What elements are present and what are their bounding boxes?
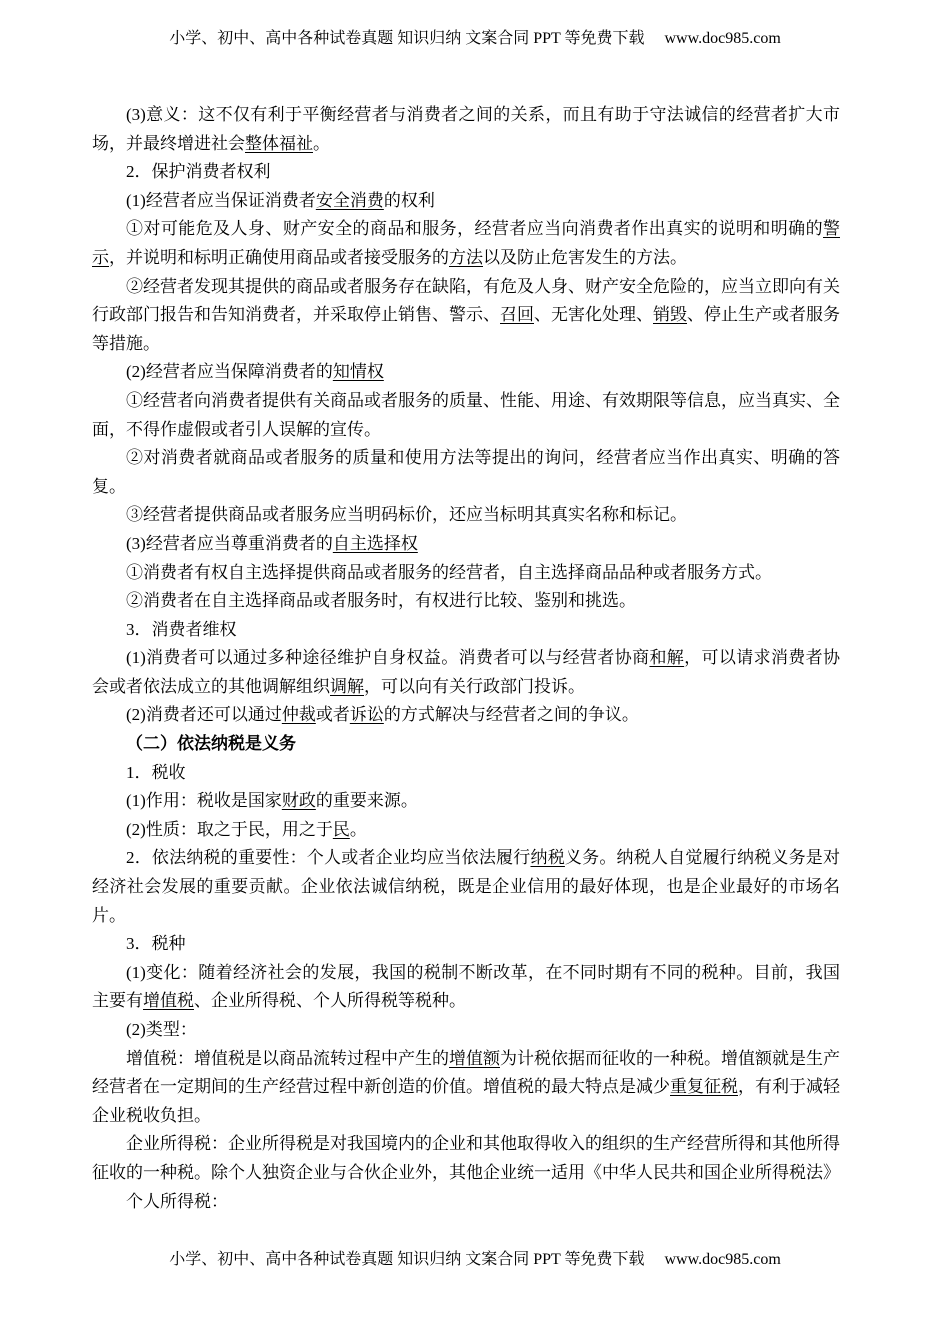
text-segment: 的方式解决与经营者之间的争议。 — [384, 705, 639, 724]
paragraph: (1)变化：随着经济社会的发展，我国的税制不断改革，在不同时期有不同的税种。目前… — [92, 959, 840, 1016]
text-segment: 的权利 — [384, 191, 435, 210]
paragraph: (1)作用：税收是国家财政的重要来源。 — [92, 787, 840, 816]
text-segment: 个人所得税： — [126, 1192, 228, 1211]
text-segment: (1)经营者应当保证消费者 — [126, 191, 316, 210]
paragraph: (1)经营者应当保证消费者安全消费的权利 — [92, 187, 840, 216]
text-segment: （二）依法纳税是义务 — [126, 734, 296, 753]
paragraph: 企业所得税：企业所得税是对我国境内的企业和其他取得收入的组织的生产经营所得和其他… — [92, 1130, 840, 1187]
underlined-term: 仲裁 — [282, 705, 316, 724]
underlined-term: 召回 — [500, 305, 534, 324]
document-body: (3)意义：这不仅有利于平衡经营者与消费者之间的关系，而且有助于守法诚信的经营者… — [92, 101, 840, 1216]
text-segment: (2)消费者还可以通过 — [126, 705, 282, 724]
paragraph: ②经营者发现其提供的商品或者服务存在缺陷，有危及人身、财产安全危险的，应当立即向… — [92, 273, 840, 359]
paragraph: 1．税收 — [92, 759, 840, 788]
paragraph: ①消费者有权自主选择提供商品或者服务的经营者，自主选择商品品种或者服务方式。 — [92, 559, 840, 588]
text-segment: 2．保护消费者权利 — [126, 162, 271, 181]
text-segment: 增值税：增值税是以商品流转过程中产生的 — [126, 1049, 449, 1068]
paragraph: (2)性质：取之于民，用之于民。 — [92, 816, 840, 845]
underlined-term: 民 — [333, 820, 350, 839]
paragraph: (3)经营者应当尊重消费者的自主选择权 — [92, 530, 840, 559]
text-segment: ②消费者在自主选择商品或者服务时，有权进行比较、鉴别和挑选。 — [126, 591, 636, 610]
text-segment: ，并说明和标明正确使用商品或者接受服务的 — [109, 248, 449, 267]
text-segment: 的重要来源。 — [316, 791, 418, 810]
text-segment: ①经营者向消费者提供有关商品或者服务的质量、性能、用途、有效期限等信息，应当真实… — [92, 391, 840, 439]
header-download-note: 小学、初中、高中各种试卷真题 知识归纳 文案合同 PPT 等免费下载 www.d… — [0, 28, 950, 50]
text-segment: (3)经营者应当尊重消费者的 — [126, 534, 333, 553]
section-heading: （二）依法纳税是义务 — [92, 730, 840, 759]
text-segment: (1)作用：税收是国家 — [126, 791, 282, 810]
paragraph: 增值税：增值税是以商品流转过程中产生的增值额为计税依据而征收的一种税。增值额就是… — [92, 1045, 840, 1131]
paragraph: ①经营者向消费者提供有关商品或者服务的质量、性能、用途、有效期限等信息，应当真实… — [92, 387, 840, 444]
underlined-term: 安全消费 — [316, 191, 384, 210]
text-segment: 3．税种 — [126, 934, 186, 953]
text-segment: 。 — [350, 820, 367, 839]
underlined-term: 整体福祉 — [245, 134, 313, 153]
paragraph: ②消费者在自主选择商品或者服务时，有权进行比较、鉴别和挑选。 — [92, 587, 840, 616]
underlined-term: 增值额 — [449, 1049, 500, 1068]
paragraph: 3．税种 — [92, 930, 840, 959]
text-segment: ，可以向有关行政部门投诉。 — [364, 677, 585, 696]
underlined-term: 重复征税 — [670, 1077, 738, 1096]
text-segment: 3．消费者维权 — [126, 620, 237, 639]
text-segment: (3)意义：这不仅有利于平衡经营者与消费者之间的关系，而且有助于守法诚信的经营者… — [92, 105, 840, 153]
paragraph: (3)意义：这不仅有利于平衡经营者与消费者之间的关系，而且有助于守法诚信的经营者… — [92, 101, 840, 158]
text-segment: ①消费者有权自主选择提供商品或者服务的经营者，自主选择商品品种或者服务方式。 — [126, 563, 772, 582]
text-segment: 1．税收 — [126, 763, 186, 782]
text-segment: (2)性质：取之于民，用之于 — [126, 820, 333, 839]
underlined-term: 知情权 — [333, 362, 384, 381]
paragraph: 3．消费者维权 — [92, 616, 840, 645]
underlined-term: 销毁 — [653, 305, 687, 324]
text-segment: 、企业所得税、个人所得税等税种。 — [194, 991, 466, 1010]
underlined-term: 调解 — [330, 677, 364, 696]
text-segment: (2)经营者应当保障消费者的 — [126, 362, 333, 381]
paragraph: ①对可能危及人身、财产安全的商品和服务，经营者应当向消费者作出真实的说明和明确的… — [92, 215, 840, 272]
paragraph: (2)经营者应当保障消费者的知情权 — [92, 358, 840, 387]
paragraph: 个人所得税： — [92, 1188, 840, 1217]
paragraph: 2．依法纳税的重要性：个人或者企业均应当依法履行纳税义务。纳税人自觉履行纳税义务… — [92, 844, 840, 930]
paragraph: ②对消费者就商品或者服务的质量和使用方法等提出的询问，经营者应当作出真实、明确的… — [92, 444, 840, 501]
underlined-term: 增值税 — [143, 991, 194, 1010]
text-segment: ①对可能危及人身、财产安全的商品和服务，经营者应当向消费者作出真实的说明和明确的 — [126, 219, 823, 238]
text-segment: ②对消费者就商品或者服务的质量和使用方法等提出的询问，经营者应当作出真实、明确的… — [92, 448, 840, 496]
paragraph: ③经营者提供商品或者服务应当明码标价，还应当标明其真实名称和标记。 — [92, 501, 840, 530]
text-segment: (2)类型： — [126, 1020, 197, 1039]
text-segment: 或者 — [316, 705, 350, 724]
text-segment: 2．依法纳税的重要性：个人或者企业均应当依法履行 — [126, 848, 530, 867]
text-segment: ③经营者提供商品或者服务应当明码标价，还应当标明其真实名称和标记。 — [126, 505, 687, 524]
paragraph: (2)类型： — [92, 1016, 840, 1045]
footer-download-note: 小学、初中、高中各种试卷真题 知识归纳 文案合同 PPT 等免费下载 www.d… — [0, 1246, 950, 1275]
underlined-term: 和解 — [649, 648, 684, 667]
underlined-term: 财政 — [282, 791, 316, 810]
underlined-term: 方法 — [449, 248, 483, 267]
underlined-term: 纳税 — [530, 848, 564, 867]
paragraph: 2．保护消费者权利 — [92, 158, 840, 187]
underlined-term: 自主选择权 — [333, 534, 418, 553]
paragraph: (2)消费者还可以通过仲裁或者诉讼的方式解决与经营者之间的争议。 — [92, 701, 840, 730]
paragraph: (1)消费者可以通过多种途径维护自身权益。消费者可以与经营者协商和解，可以请求消… — [92, 644, 840, 701]
text-segment: 。 — [313, 134, 330, 153]
underlined-term: 诉讼 — [350, 705, 384, 724]
text-segment: 企业所得税：企业所得税是对我国境内的企业和其他取得收入的组织的生产经营所得和其他… — [92, 1134, 840, 1182]
text-segment: (1)消费者可以通过多种途径维护自身权益。消费者可以与经营者协商 — [126, 648, 649, 667]
text-segment: 以及防止危害发生的方法。 — [483, 248, 687, 267]
text-segment: 、无害化处理、 — [534, 305, 653, 324]
